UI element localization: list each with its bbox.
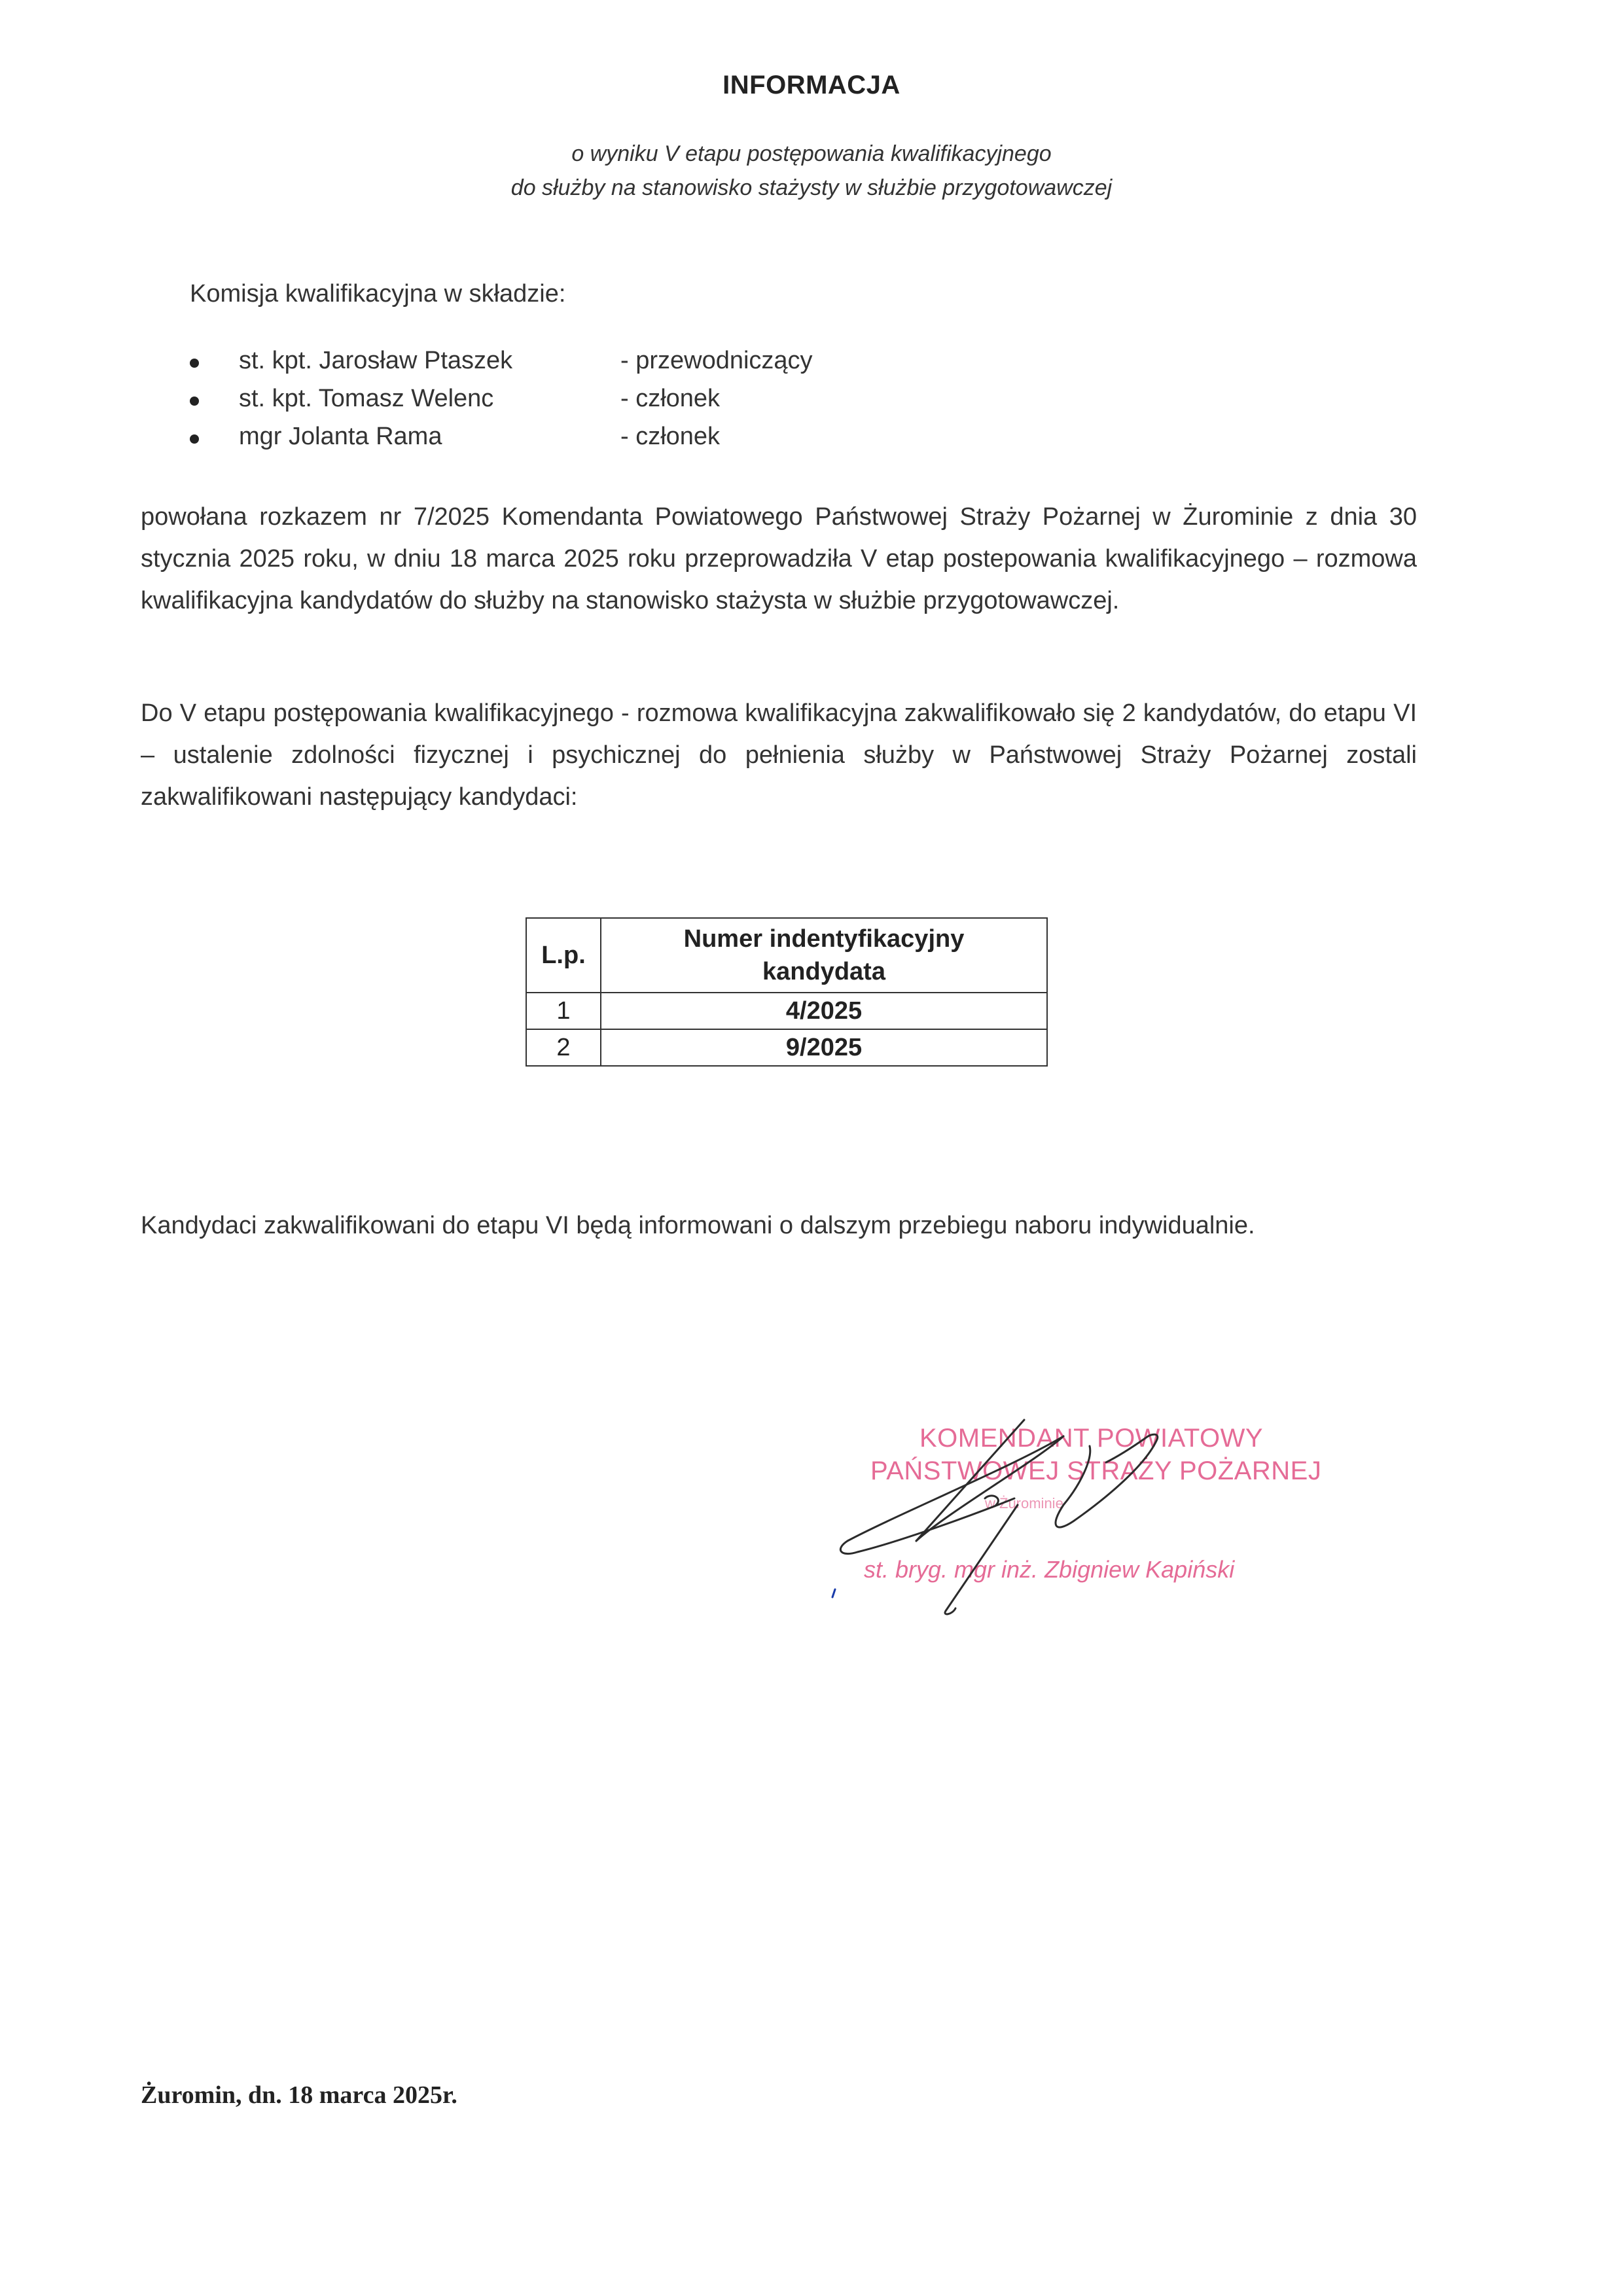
- bullet-icon: [190, 434, 199, 444]
- header-lp: L.p.: [526, 918, 601, 993]
- member-role: - członek: [620, 385, 720, 413]
- row-candidate-id: 9/2025: [601, 1029, 1047, 1066]
- official-stamp: KOMENDANT POWIATOWY PAŃSTWOWEJ STRAŻY PO…: [818, 1400, 1342, 1623]
- handwritten-signature-icon: [818, 1400, 1342, 1623]
- member-name: st. kpt. Jarosław Ptaszek: [239, 347, 512, 375]
- place-and-date: Żuromin, dn. 18 marca 2025r.: [141, 2081, 457, 2110]
- member-role: - przewodniczący: [620, 347, 813, 375]
- candidates-table: L.p. Numer indentyfikacyjnykandydata 1 4…: [526, 917, 1048, 1067]
- row-lp: 1: [526, 993, 601, 1029]
- header-id: Numer indentyfikacyjnykandydata: [601, 918, 1047, 993]
- paragraph-appointment: powołana rozkazem nr 7/2025 Komendanta P…: [141, 496, 1417, 622]
- bullet-icon: [190, 359, 199, 368]
- document-subtitle-line2: do służby na stanowisko stażysty w służb…: [0, 175, 1623, 201]
- bullet-icon: [190, 397, 199, 406]
- table-row: 2 9/2025: [526, 1029, 1047, 1066]
- document-subtitle-line1: o wyniku V etapu postępowania kwalifikac…: [0, 141, 1623, 167]
- committee-intro: Komisja kwalifikacyjna w składzie:: [190, 280, 565, 308]
- paragraph-qualified: Do V etapu postępowania kwalifikacyjnego…: [141, 692, 1417, 818]
- document-title: INFORMACJA: [0, 71, 1623, 100]
- member-name: st. kpt. Tomasz Welenc: [239, 385, 493, 413]
- closing-note: Kandydaci zakwalifikowani do etapu VI bę…: [141, 1212, 1255, 1240]
- member-name: mgr Jolanta Rama: [239, 423, 442, 451]
- table-row: 1 4/2025: [526, 993, 1047, 1029]
- document-page: INFORMACJA o wyniku V etapu postępowania…: [0, 0, 1623, 2296]
- row-candidate-id: 4/2025: [601, 993, 1047, 1029]
- row-lp: 2: [526, 1029, 601, 1066]
- table-header-row: L.p. Numer indentyfikacyjnykandydata: [526, 918, 1047, 993]
- member-role: - członek: [620, 423, 720, 451]
